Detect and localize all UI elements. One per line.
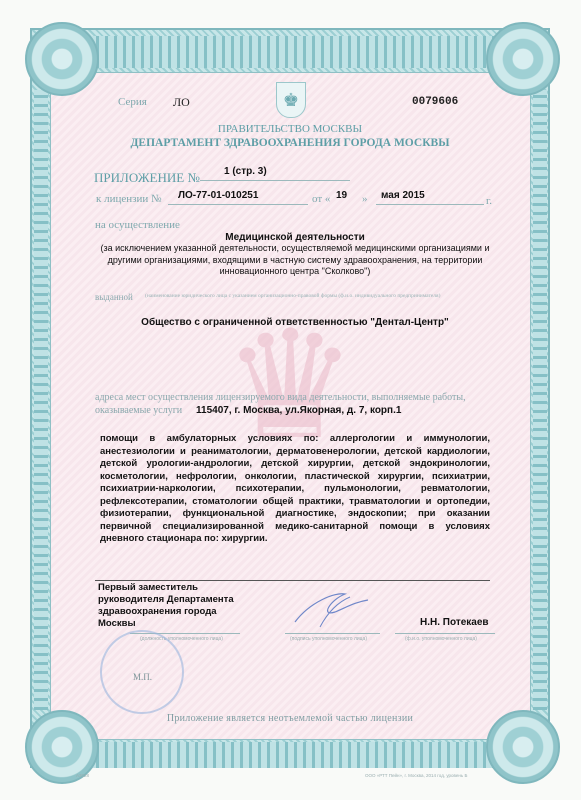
hint-name: (ф.и.о. уполномоченного лица) <box>405 636 477 642</box>
services-end-line <box>95 580 490 581</box>
activity-label: на осуществление <box>95 219 180 231</box>
license-appendix-page: ♛ Серия ЛО ♚ 0079606 ПРАВИТЕЛЬСТВО МОСКВ… <box>0 0 581 800</box>
series-label: Серия <box>118 96 147 108</box>
organization-name: Общество с ограниченной ответственностью… <box>95 317 495 328</box>
print-code-left: А3028 <box>76 773 89 778</box>
date-month-year: мая 2015 <box>381 190 425 201</box>
issuer-line-1: ПРАВИТЕЛЬСТВО МОСКВЫ <box>80 123 500 135</box>
license-number: ЛО-77-01-010251 <box>178 190 258 201</box>
signature-underline <box>285 633 380 634</box>
signer-name: Н.Н. Потекаев <box>420 617 489 628</box>
signer-position-line: Москвы <box>98 618 234 630</box>
frame-band-right <box>533 90 547 710</box>
address-value: 115407, г. Москва, ул.Якорная, д. 7, кор… <box>196 405 401 416</box>
signer-position-line: Первый заместитель <box>98 582 234 594</box>
signer-position: Первый заместитель руководителя Департам… <box>98 582 234 630</box>
print-code-right: ООО «РТТ Пейн», г. Москва, 2014 год, уро… <box>365 773 467 778</box>
serial-number: 0079606 <box>412 96 458 108</box>
signer-position-line: здравоохранения города <box>98 606 234 618</box>
issued-hint: (наименование юридического лица с указан… <box>145 293 495 299</box>
date-day: 19 <box>336 190 347 201</box>
stamp-label: М.П. <box>133 672 152 682</box>
signature-icon <box>290 582 370 632</box>
activity-title: Медицинской деятельности <box>100 232 490 243</box>
appendix-label: ПРИЛОЖЕНИЕ № <box>94 170 200 186</box>
issuer-line-2: ДЕПАРТАМЕНТ ЗДРАВООХРАНЕНИЯ ГОРОДА МОСКВ… <box>80 137 500 149</box>
date-underline <box>376 204 484 205</box>
date-suffix: г. <box>486 195 492 207</box>
signer-position-line: руководителя Департамента <box>98 594 234 606</box>
frame-band-top <box>60 36 520 68</box>
issued-label: выданной <box>95 292 133 302</box>
activity-details: (за исключением указанной деятельности, … <box>94 243 496 278</box>
frame-band-left <box>34 90 48 710</box>
footer-note: Приложение является неотъемлемой частью … <box>90 713 490 724</box>
license-label: к лицензии № <box>96 193 162 205</box>
corner-rosette-icon <box>25 22 99 96</box>
name-underline <box>395 633 495 634</box>
date-close-quote: » <box>362 193 368 205</box>
license-underline <box>168 204 308 205</box>
corner-rosette-icon <box>486 22 560 96</box>
address-label-line1: адреса мест осуществления лицензируемого… <box>95 392 500 403</box>
appendix-value: 1 (стр. 3) <box>224 166 267 177</box>
date-from-label: от « <box>312 193 330 205</box>
hint-signature: (подпись уполномоченного лица) <box>290 636 367 642</box>
appendix-underline <box>200 180 350 181</box>
address-label-line2: оказываемые услуги <box>95 405 182 416</box>
coat-of-arms-icon: ♚ <box>276 82 306 118</box>
frame-band-bottom <box>60 742 520 768</box>
corner-rosette-icon <box>486 710 560 784</box>
services-text: помощи в амбулаторных условиях по: аллер… <box>100 433 490 546</box>
series-value: ЛО <box>173 95 190 110</box>
